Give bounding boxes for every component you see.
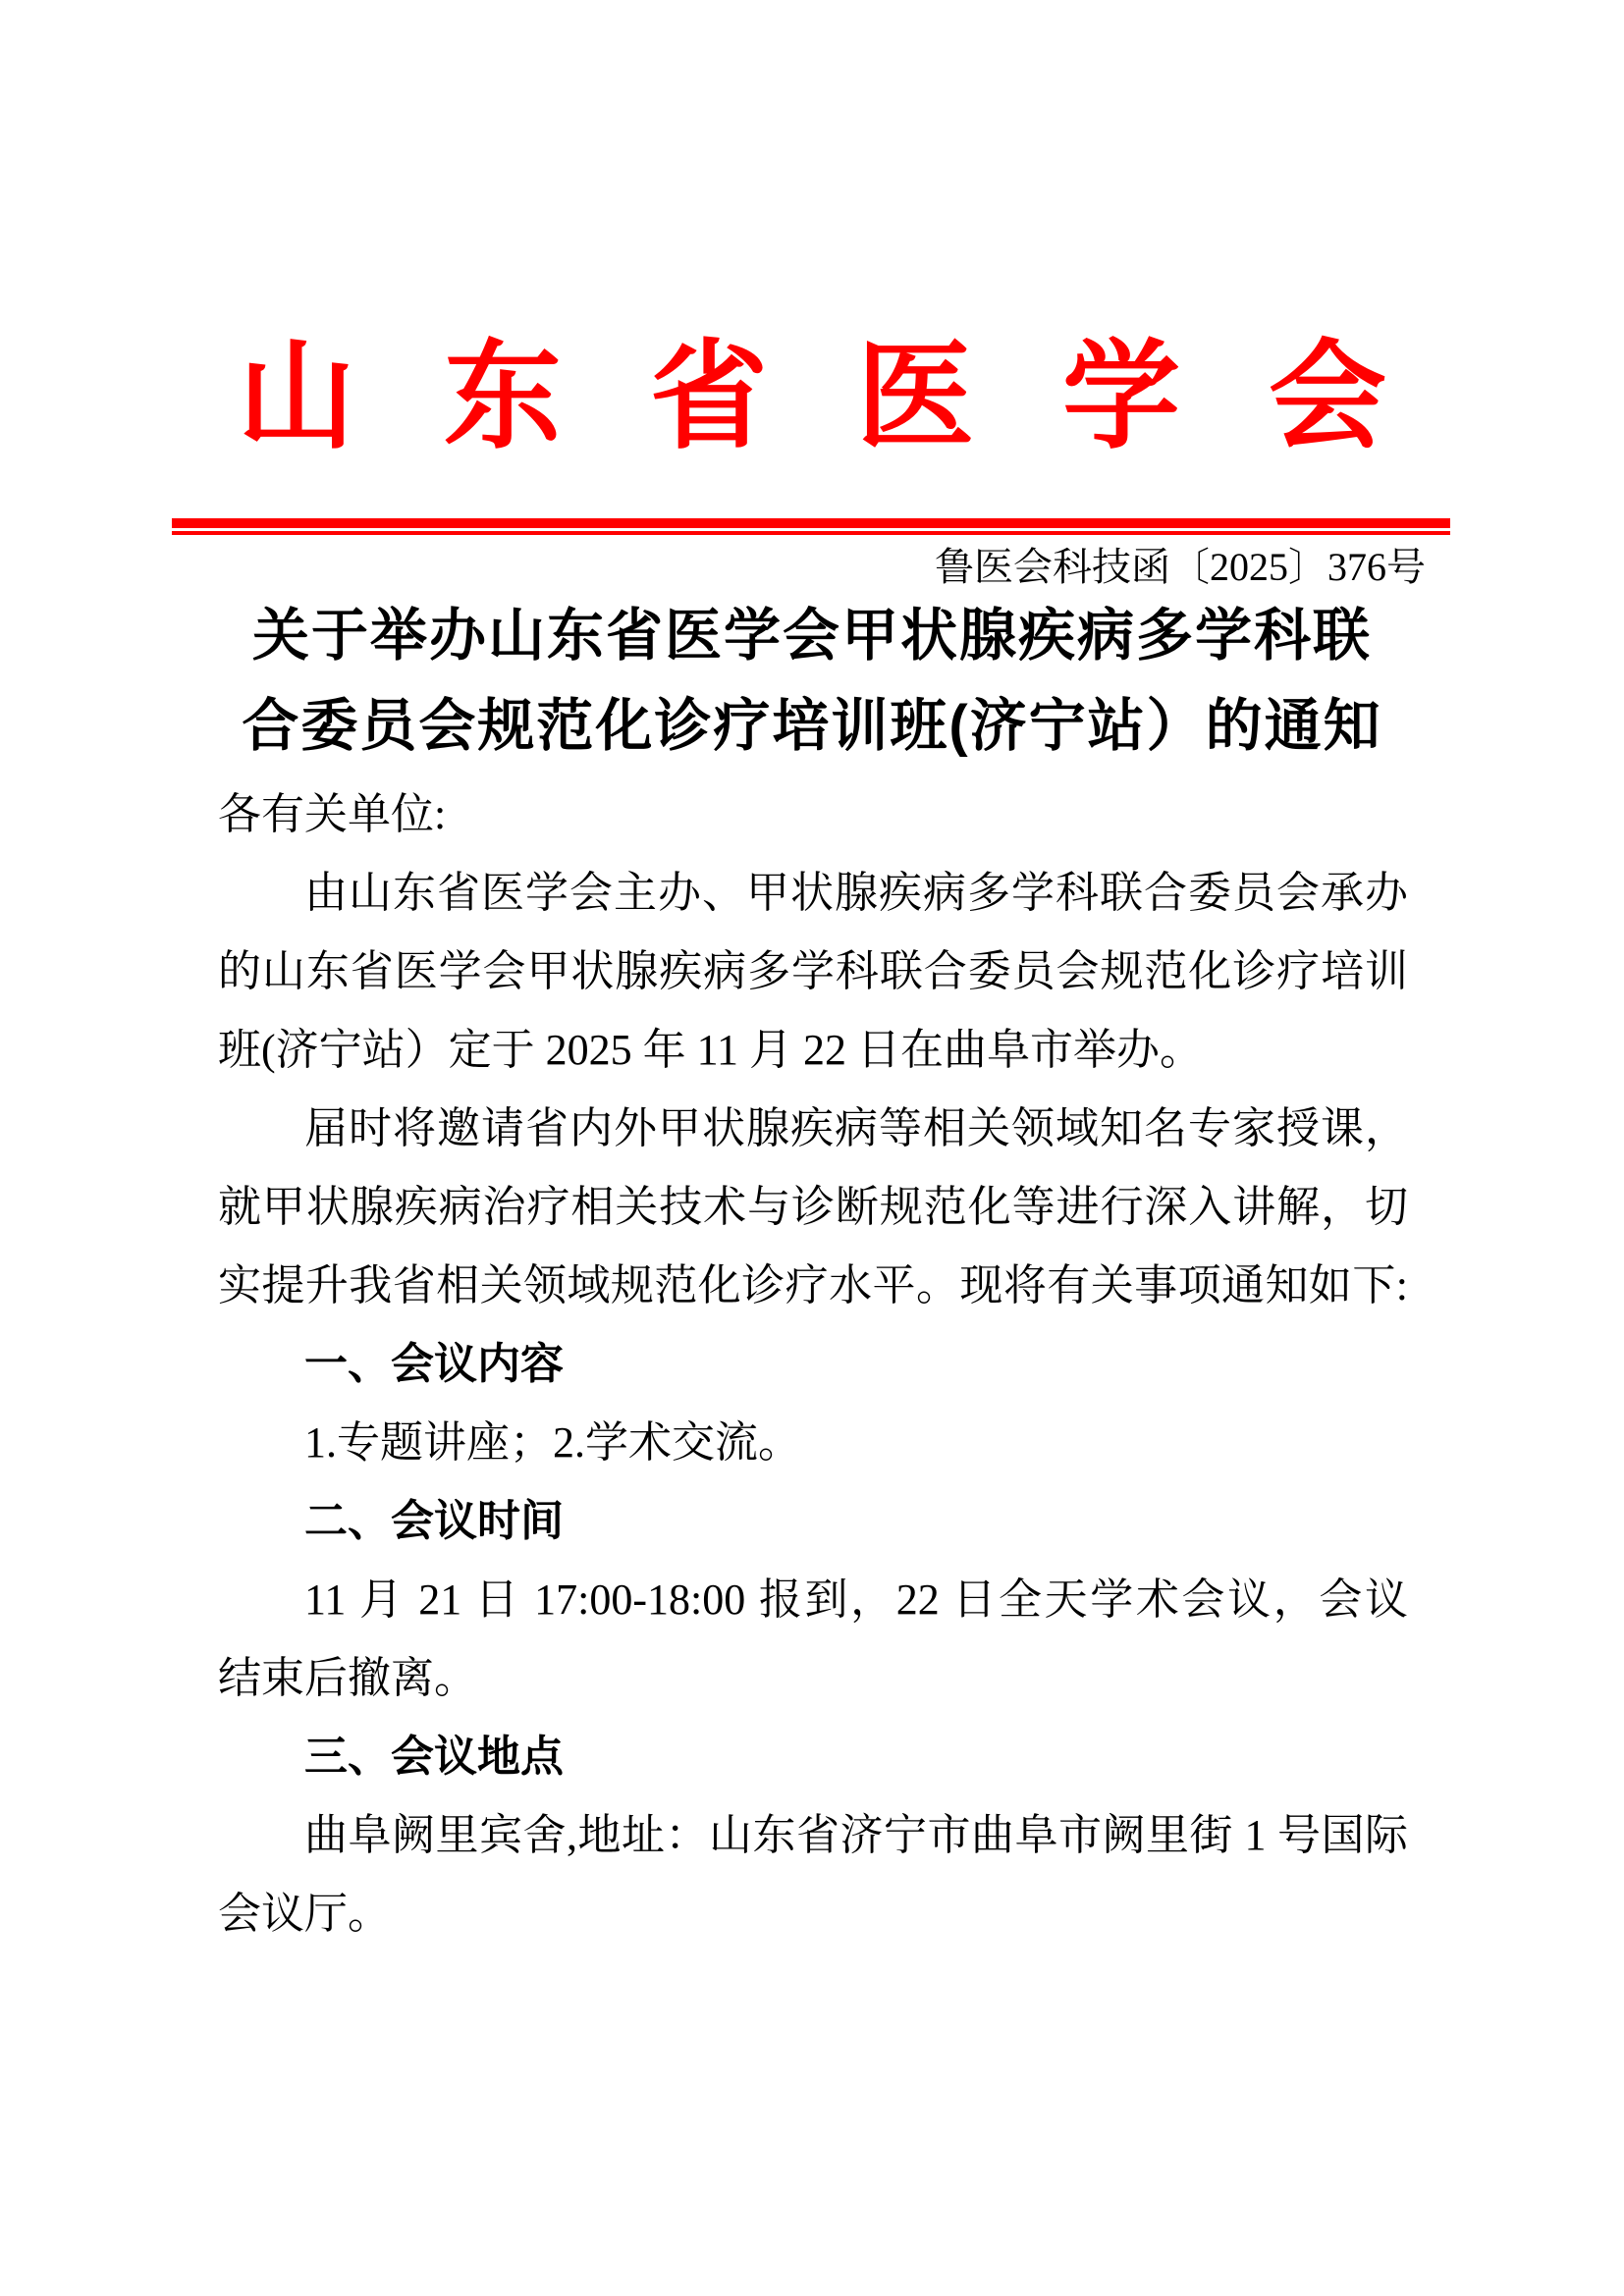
org-name-header: 山东省医学会 xyxy=(238,324,1386,471)
body-line: 结束后撤离。 xyxy=(218,1639,1408,1718)
body-line: 11 月 21 日 17:00-18:00 报到，22 日全天学术会议，会议 xyxy=(218,1561,1408,1639)
body-line: 班(济宁站）定于 2025 年 11 月 22 日在曲阜市举办。 xyxy=(218,1011,1408,1090)
body-line-salutation: 各有关单位: xyxy=(218,775,1408,854)
rule-thin-line xyxy=(172,531,1450,535)
org-name-char: 东 xyxy=(444,324,562,471)
document-number: 鲁医会科技函〔2025〕376号 xyxy=(935,542,1426,593)
body-line: 届时将邀请省内外甲状腺疾病等相关领域知名专家授课， xyxy=(218,1090,1408,1168)
body-line: 就甲状腺疾病治疗相关技术与诊断规范化等进行深入讲解，切 xyxy=(218,1168,1408,1247)
official-notice-document: 山东省医学会 鲁医会科技函〔2025〕376号 关于举办山东省医学会甲状腺疾病多… xyxy=(0,0,1624,2296)
rule-thick-line xyxy=(172,518,1450,528)
org-name-char: 会 xyxy=(1269,324,1386,471)
section-heading-venue: 三、会议地点 xyxy=(218,1718,1408,1796)
body-line: 1.专题讲座；2.学术交流。 xyxy=(218,1404,1408,1482)
section-heading-content: 一、会议内容 xyxy=(218,1325,1408,1404)
document-body: 各有关单位: 由山东省医学会主办、甲状腺疾病多学科联合委员会承办 的山东省医学会… xyxy=(218,775,1408,1953)
org-name-char: 医 xyxy=(856,324,974,471)
document-title: 关于举办山东省医学会甲状腺疾病多学科联 合委员会规范化诊疗培训班(济宁站）的通知 xyxy=(0,591,1624,772)
document-title-line1: 关于举办山东省医学会甲状腺疾病多学科联 xyxy=(0,591,1624,681)
body-line: 的山东省医学会甲状腺疾病多学科联合委员会规范化诊疗培训 xyxy=(218,933,1408,1011)
body-line: 曲阜阙里宾舍,地址：山东省济宁市曲阜市阙里街 1 号国际 xyxy=(218,1796,1408,1875)
red-separator-rule xyxy=(172,518,1450,535)
org-name-char: 省 xyxy=(650,324,768,471)
body-line: 实提升我省相关领域规范化诊疗水平。现将有关事项通知如下: xyxy=(218,1247,1408,1325)
document-title-line2: 合委员会规范化诊疗培训班(济宁站）的通知 xyxy=(0,681,1624,772)
body-line: 会议厅。 xyxy=(218,1875,1408,1953)
org-name-char: 山 xyxy=(238,324,355,471)
org-name-char: 学 xyxy=(1062,324,1180,471)
body-line: 由山东省医学会主办、甲状腺疾病多学科联合委员会承办 xyxy=(218,854,1408,933)
section-heading-time: 二、会议时间 xyxy=(218,1482,1408,1561)
